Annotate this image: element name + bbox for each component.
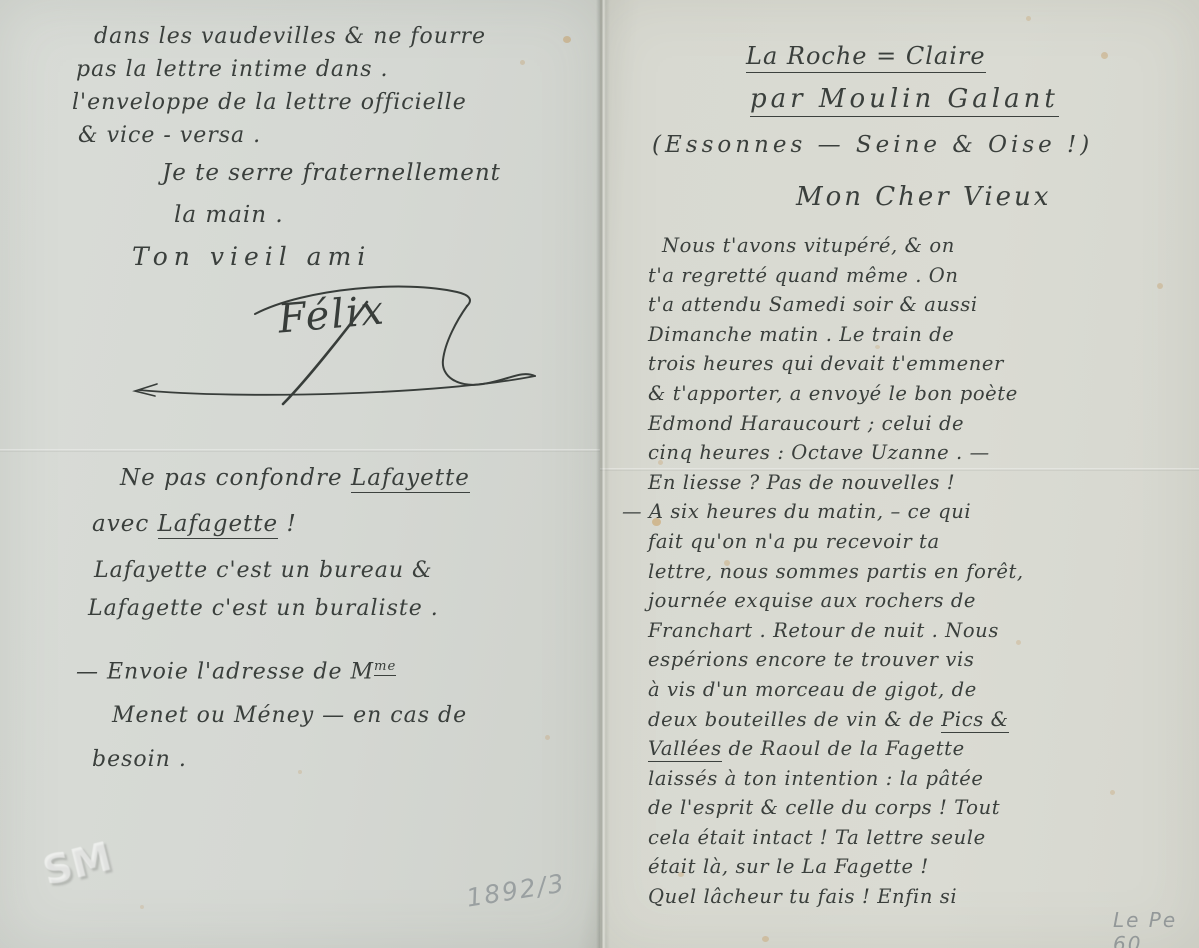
valediction: Ton vieil ami: [132, 242, 371, 271]
handwritten-line: Lafagette c'est un buraliste .: [88, 590, 439, 628]
handwritten-segment: deux bouteilles de vin & de: [648, 708, 941, 731]
handwritten-line: trois heures qui devait t'emmener: [648, 349, 1024, 379]
handwritten-line: lettre, nous sommes partis en forêt,: [648, 557, 1024, 587]
header-place-line2: par Moulin Galant: [750, 84, 1059, 117]
handwritten-segment: Pics &: [941, 708, 1008, 733]
handwritten-line: dans les vaudevilles & ne fourre: [94, 20, 486, 53]
foxing-spot: [545, 735, 550, 740]
ps-confusion: Ne pas confondre Lafayette avec Lafagett…: [120, 455, 470, 547]
ps-explanation: Lafayette c'est un bureau & Lafagette c'…: [94, 552, 439, 628]
handwritten-line: Dimanche matin . Le train de: [648, 320, 1024, 350]
handwritten-line: par Moulin Galant: [750, 84, 1059, 117]
handwritten-line: Je te serre fraternellement: [162, 152, 501, 194]
foxing-spot: [1016, 640, 1021, 645]
handwritten-line: — A six heures du matin, – ce qui: [622, 497, 1024, 527]
handwritten-line: fait qu'on n'a pu recevoir ta: [648, 527, 1024, 557]
foxing-spot: [762, 936, 769, 942]
handwritten-segment: Vallées: [648, 737, 722, 762]
center-fold-gutter: [596, 0, 610, 948]
handwritten-segment: avec: [92, 511, 158, 537]
handwritten-line: laissés à ton intention : la pâtée: [648, 764, 1024, 794]
handwritten-segment: Ne pas confondre: [120, 465, 351, 491]
embossed-blind-stamp: SM: [39, 834, 117, 895]
pencil-catalog-mark: Le Pe 60: [1113, 908, 1199, 948]
foxing-spot: [520, 60, 525, 65]
handwritten-segment: me: [374, 659, 396, 676]
handwritten-line: Lafayette c'est un bureau &: [94, 552, 439, 590]
letter-page-right: La Roche = Claire par Moulin Galant (Ess…: [600, 0, 1199, 948]
foxing-spot: [298, 770, 302, 774]
foxing-spot: [678, 872, 684, 877]
handwritten-line: deux bouteilles de vin & de Pics &: [648, 705, 1024, 735]
letter-page-left: dans les vaudevilles & ne fourre pas la …: [0, 0, 600, 948]
handwritten-line: besoin .: [92, 738, 467, 782]
handwritten-line: Menet ou Méney — en cas de: [112, 694, 467, 738]
handwritten-segment: Lafayette: [351, 465, 470, 493]
handwritten-segment: Lafagette: [158, 511, 279, 539]
foxing-spot: [658, 460, 663, 465]
handwritten-line: t'a regretté quand même . On: [648, 261, 1024, 291]
handwritten-line: espérions encore te trouver vis: [648, 645, 1024, 675]
handwritten-line: Vallées de Raoul de la Fagette: [648, 734, 1024, 764]
handwritten-line: En liesse ? Pas de nouvelles !: [648, 468, 1024, 498]
handwritten-line: pas la lettre intime dans .: [76, 53, 486, 86]
closing-block: Je te serre fraternellement la main .: [162, 152, 501, 236]
foxing-spot: [563, 36, 571, 43]
pencil-date-annotation: 1892/3: [464, 868, 567, 912]
foxing-spot: [1026, 16, 1031, 21]
handwritten-line: & t'apporter, a envoyé le bon poète: [648, 379, 1024, 409]
handwritten-line: de l'esprit & celle du corps ! Tout: [648, 793, 1024, 823]
handwritten-line: — Envoie l'adresse de Mme: [76, 645, 467, 694]
handwritten-line: & vice - versa .: [78, 119, 486, 152]
header-place-line1: La Roche = Claire: [746, 42, 986, 73]
fold-crease-horizontal-left: [0, 449, 600, 452]
handwritten-line: Edmond Haraucourt ; celui de: [648, 409, 1024, 439]
salutation: Mon Cher Vieux: [796, 182, 1051, 212]
handwritten-line: cinq heures : Octave Uzanne . —: [648, 438, 1024, 468]
letter-body: Nous t'avons vitupéré, & on t'a regretté…: [648, 231, 1024, 912]
foxing-spot: [724, 560, 730, 566]
handwritten-line: Nous t'avons vitupéré, & on: [662, 231, 1024, 261]
handwritten-line: La Roche = Claire: [746, 42, 986, 73]
header-region-line: (Essonnes — Seine & Oise !): [652, 132, 1093, 158]
handwritten-line: Ne pas confondre Lafayette: [120, 455, 470, 501]
handwritten-segment: de Raoul de la Fagette: [722, 737, 965, 760]
handwritten-line: était là, sur le La Fagette !: [648, 852, 1024, 882]
foxing-spot: [1157, 283, 1163, 289]
handwritten-line: à vis d'un morceau de gigot, de: [648, 675, 1024, 705]
handwritten-segment: — Envoie l'adresse de M: [76, 659, 374, 684]
handwritten-line: la main .: [174, 194, 501, 236]
foxing-spot: [1101, 52, 1108, 59]
foxing-spot: [140, 905, 144, 909]
paragraph-top: dans les vaudevilles & ne fourre pas la …: [72, 20, 486, 152]
handwritten-segment: !: [278, 511, 297, 537]
signature-flourish: [105, 272, 565, 412]
ps-address: — Envoie l'adresse de Mme Menet ou Méney…: [76, 645, 467, 782]
foxing-spot: [1110, 790, 1115, 795]
foxing-spot: [652, 518, 661, 526]
handwritten-line: t'a attendu Samedi soir & aussi: [648, 290, 1024, 320]
handwritten-line: avec Lafagette !: [92, 501, 470, 547]
foxing-spot: [875, 345, 880, 349]
handwritten-line: journée exquise aux rochers de: [648, 586, 1024, 616]
handwritten-line: l'enveloppe de la lettre officielle: [72, 86, 486, 119]
handwritten-line: Franchart . Retour de nuit . Nous: [648, 616, 1024, 646]
handwritten-line: Quel lâcheur tu fais ! Enfin si: [648, 882, 1024, 912]
handwritten-line: cela était intact ! Ta lettre seule: [648, 823, 1024, 853]
